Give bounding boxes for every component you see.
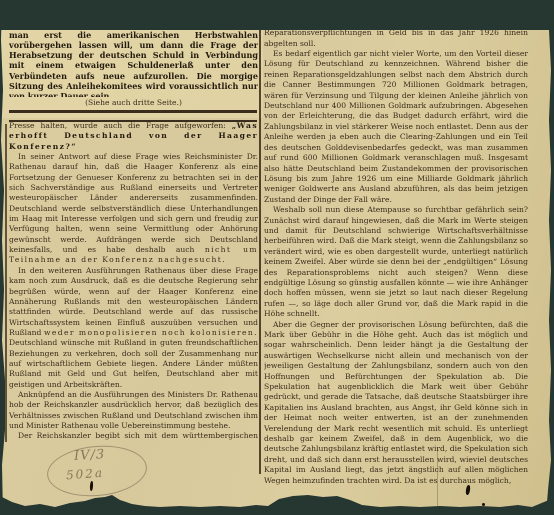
paragraph: Der Reichskanzler begibt sich mit dem wü…: [9, 431, 258, 443]
text-segment: Deutschland wünsche mit Rußland in guten…: [9, 338, 258, 388]
text-segment: Weshalb soll nun diese Atempause so furc…: [264, 205, 528, 318]
right-column-text: …tionsverpflichtung bezogen werden müsse…: [264, 0, 528, 489]
paragraph: Weshalb soll nun diese Atempause so furc…: [264, 205, 528, 319]
paragraph: In seiner Antwort auf diese Frage wies R…: [9, 152, 258, 266]
column-divider-rule: [259, 0, 261, 474]
text-segment: In den weiteren Ausführungen Rathenaus ü…: [9, 266, 258, 337]
paragraph: Anknüpfend an die Ausführungen des Minis…: [9, 390, 258, 431]
see-also-note: (Siehe auch dritte Seite.): [9, 98, 258, 107]
text-segment: werden. Es ist anzunehmen, daß man erst …: [9, 19, 258, 97]
scanned-newspaper-clipping: röge u… … … … … der gegenwärtigen Widers…: [0, 0, 554, 515]
pencil-archive-mark-bottom: 502a: [66, 466, 105, 483]
torn-edge-top: [0, 0, 554, 30]
text-segment: Es bedarf eigentlich gar nicht vieler Wo…: [264, 49, 528, 204]
paragraph: Es bedarf eigentlich gar nicht vieler Wo…: [264, 49, 528, 205]
left-column-rule: [5, 124, 7, 442]
text-segment: Presse halten, wurde auch die Frage aufg…: [9, 121, 232, 130]
pencil-archive-mark-top: IV/3: [74, 447, 106, 464]
text-segment: Anknüpfend an die Ausführungen des Minis…: [9, 390, 258, 430]
emphasized-text: Hieber: [97, 442, 132, 443]
left-column-text: Presse halten, wurde auch die Frage aufg…: [9, 121, 258, 443]
paragraph: In den weiteren Ausführungen Rathenaus ü…: [9, 266, 258, 390]
paragraph: Presse halten, wurde auch die Frage aufg…: [9, 121, 258, 152]
paragraph: Aber die Gegner der provisorischen Lösun…: [264, 320, 528, 487]
text-segment: In seiner Antwort auf diese Frage wies R…: [9, 152, 258, 254]
ink-dot: [482, 503, 485, 506]
emphasized-text: weder monopolisieren noch kolonisieren.: [44, 328, 258, 337]
text-segment: Aber die Gegner der provisorischen Lösun…: [264, 320, 528, 485]
